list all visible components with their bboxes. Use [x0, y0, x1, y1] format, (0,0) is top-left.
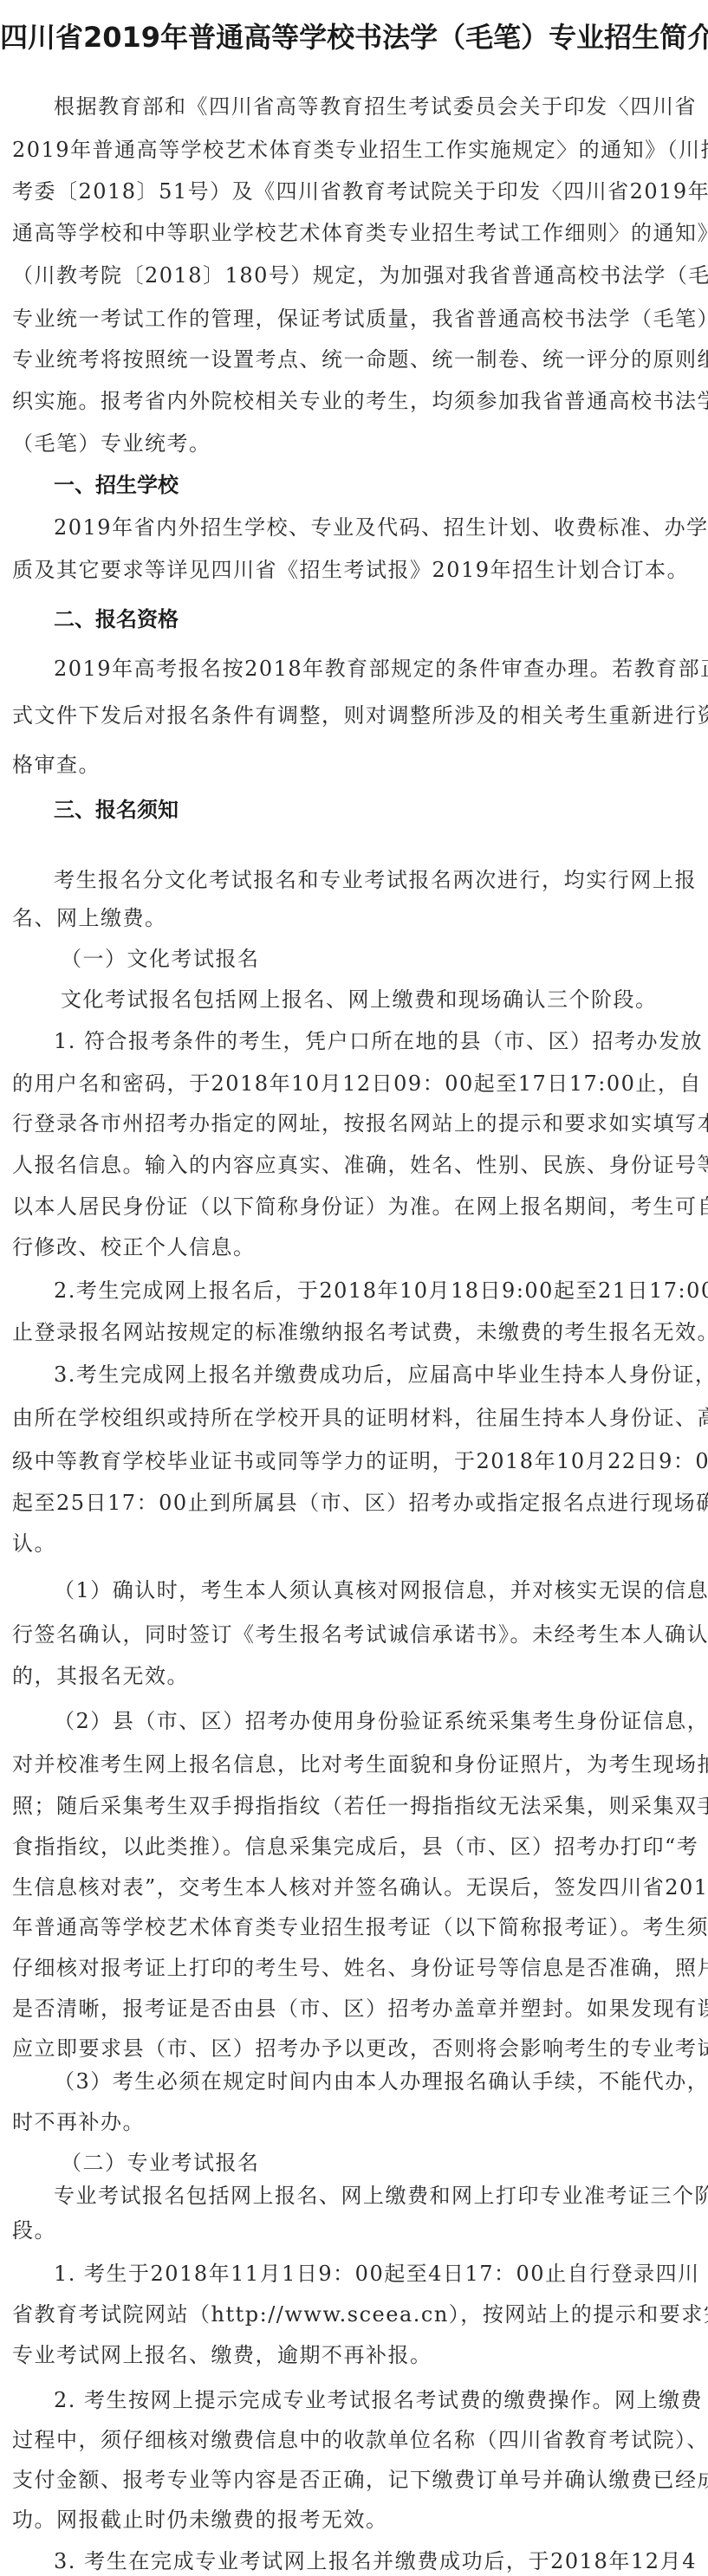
intro-line: 专业统一考试工作的管理，保证考试质量，我省普通高校书法学（毛笔）: [12, 306, 697, 332]
culture-item2-line: 2.考生完成网上报名后，于2018年10月18日9:00起至21日17:00: [54, 1278, 697, 1304]
culture-item3-line: 认。: [12, 1531, 697, 1557]
culture-item1-line: 人报名信息。输入的内容应真实、准确，姓名、性别、民族、身份证号等: [12, 1152, 697, 1178]
subheading-professional-exam: （二）专业考试报名: [61, 2150, 697, 2176]
culture-item1-line: 以本人居民身份证（以下简称身份证）为准。在网上报名期间，考生可自: [12, 1194, 697, 1220]
section-heading-schools: 一、招生学校: [54, 472, 179, 498]
professional-item1-line: 专业考试网上报名、缴费，逾期不再补报。: [12, 2342, 697, 2368]
culture-sub3-line: （3）考生必须在规定时间内由本人办理报名确认手续，不能代办，过: [54, 2068, 697, 2094]
culture-sub2-line: 仔细核对报考证上打印的考生号、姓名、身份证号等信息是否准确，照片: [12, 1955, 697, 1981]
culture-item1-line: 的用户名和密码，于2018年10月12日09：00起至17日17:00止，自: [12, 1071, 697, 1097]
professional-item3-line: 3. 考生在完成专业考试网上报名并缴费成功后，于2018年12月4: [54, 2548, 697, 2574]
culture-sub1-line: （1）确认时，考生本人须认真核对网报信息，并对核实无误的信息进: [54, 1577, 697, 1603]
culture-sub2-line: 照；随后采集考生双手拇指指纹（若任一拇指指纹无法采集，则采集双手: [12, 1793, 697, 1819]
culture-sub3-line: 时不再补办。: [12, 2109, 697, 2135]
section-line: 式文件下发后对报名条件有调整，则对调整所涉及的相关考生重新进行资: [12, 702, 697, 728]
section-line: 2019年省内外招生学校、专业及代码、招生计划、收费标准、办学性: [54, 515, 697, 540]
intro-line: 专业统考将按照统一设置考点、统一命题、统一制卷、统一评分的原则组: [12, 346, 697, 372]
culture-item3-line: 起至25日17：00止到所属县（市、区）招考办或指定报名点进行现场确: [12, 1490, 697, 1516]
professional-item1-line: 1. 考生于2018年11月1日9：00起至4日17：00止自行登录四川: [54, 2261, 697, 2287]
section-heading-notice: 三、报名须知: [54, 797, 179, 823]
section-line: 格审查。: [12, 752, 697, 778]
culture-item1-line: 行修改、校正个人信息。: [12, 1234, 697, 1260]
professional-item2-line: 支付金额、报考专业等内容是否正确，记下缴费订单号并确认缴费已经成: [12, 2467, 697, 2493]
section-line: 名、网上缴费。: [12, 905, 697, 931]
professional-item2-line: 过程中，须仔细核对缴费信息中的收款单位名称（四川省教育考试院）、: [12, 2427, 697, 2453]
section-line: 考生报名分文化考试报名和专业考试报名两次进行，均实行网上报: [54, 867, 697, 893]
page-title: 四川省2019年普通高等学校书法学（毛笔）专业招生简介: [0, 16, 708, 55]
intro-line: 织实施。报考省内外院校相关专业的考生，均须参加我省普通高校书法学: [12, 388, 697, 414]
culture-sub2-line: （2）县（市、区）招考办使用身份验证系统采集考生身份证信息，核: [54, 1708, 697, 1734]
culture-sub1-line: 行签名确认，同时签订《考生报名考试诚信承诺书》。未经考生本人确认: [12, 1621, 697, 1647]
intro-line: 通高等学校和中等职业学校艺术体育类专业招生考试工作细则〉的通知》: [12, 220, 697, 246]
intro-line: 2019年普通高等学校艺术体育类专业招生工作实施规定〉的通知》（川招: [12, 137, 697, 163]
section-line: 质及其它要求等详见四川省《招生考试报》2019年招生计划合订本。: [12, 557, 697, 583]
intro-line: 考委〔2018〕51号）及《四川省教育考试院关于印发〈四川省2019年普: [12, 178, 697, 204]
culture-sub1-line: 的，其报名无效。: [12, 1663, 697, 1689]
culture-sub2-line: 对并校准考生网上报名信息，比对考生面貌和身份证照片，为考生现场拍: [12, 1751, 697, 1777]
culture-sub2-line: 年普通高等学校艺术体育类专业招生报考证（以下简称报考证）。考生须: [12, 1914, 697, 1940]
culture-sub2-line: 是否清晰，报考证是否由县（市、区）招考办盖章并塑封。如果发现有误，: [12, 1996, 697, 2022]
culture-item1-line: 行登录各市州招考办指定的网址，按报名网站上的提示和要求如实填写本: [12, 1110, 697, 1136]
document-page: 四川省2019年普通高等学校书法学（毛笔）专业招生简介 根据教育部和《四川省高等…: [0, 0, 708, 2576]
culture-sub2-line: 食指指纹，以此类推）。信息采集完成后，县（市、区）招考办打印“考: [12, 1834, 697, 1860]
intro-line: （川教考院〔2018〕180号）规定，为加强对我省普通高校书法学（毛笔）: [12, 262, 697, 288]
culture-sub2-line: 生信息核对表”，交考生本人核对并签名确认。无误后，签发四川省2019: [12, 1874, 697, 1900]
subheading-culture-exam: （一）文化考试报名: [61, 946, 697, 972]
intro-line: 根据教育部和《四川省高等教育招生考试委员会关于印发〈四川省: [54, 94, 697, 120]
culture-summary: 文化考试报名包括网上报名、网上缴费和现场确认三个阶段。: [61, 987, 697, 1013]
professional-summary-line: 专业考试报名包括网上报名、网上缴费和网上打印专业准考证三个阶: [54, 2183, 697, 2209]
professional-item2-line: 2. 考生按网上提示完成专业考试报名考试费的缴费操作。网上缴费: [54, 2387, 697, 2413]
culture-item2-line: 止登录报名网站按规定的标准缴纳报名考试费，未缴费的考生报名无效。: [12, 1319, 697, 1345]
professional-summary-line: 段。: [12, 2217, 697, 2243]
culture-item3-line: 级中等教育学校毕业证书或同等学力的证明，于2018年10月22日9：00: [12, 1448, 697, 1474]
professional-item2-line: 功。网报截止时仍未缴费的报考无效。: [12, 2507, 697, 2533]
culture-sub2-line: 应立即要求县（市、区）招考办予以更改，否则将会影响考生的专业考试。: [12, 2036, 697, 2061]
section-line: 2019年高考报名按2018年教育部规定的条件审查办理。若教育部正: [54, 656, 697, 682]
section-heading-eligibility: 二、报名资格: [54, 606, 179, 632]
culture-item3-line: 由所在学校组织或持所在学校开具的证明材料，往届生持本人身份证、高: [12, 1405, 697, 1431]
culture-item1-line: 1. 符合报考条件的考生，凭户口所在地的县（市、区）招考办发放: [54, 1028, 697, 1054]
culture-item3-line: 3.考生完成网上报名并缴费成功后，应届高中毕业生持本人身份证，: [54, 1362, 697, 1388]
intro-line: （毛笔）专业统考。: [12, 430, 697, 456]
professional-item1-line: 省教育考试院网站（http://www.sceea.cn），按网站上的提示和要求…: [12, 2301, 697, 2327]
